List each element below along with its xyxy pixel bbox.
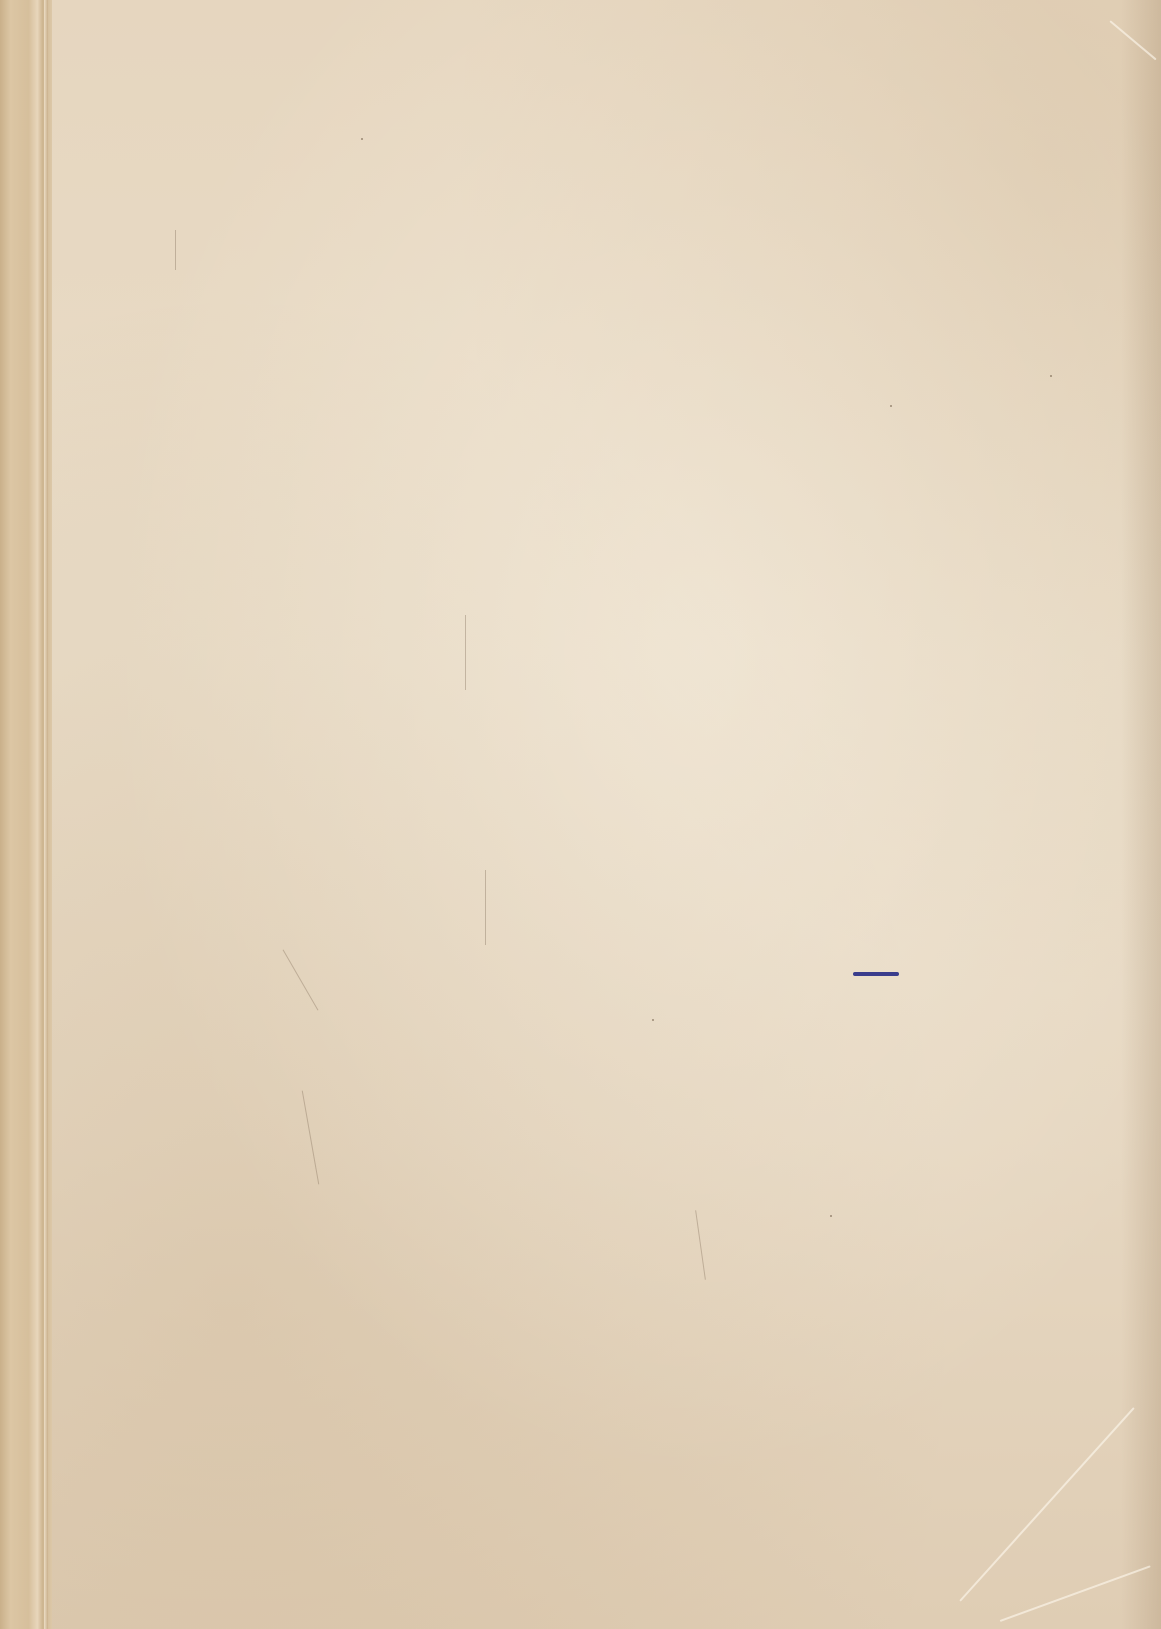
spine-fold-line	[44, 0, 48, 1629]
speck	[830, 1215, 832, 1217]
scratch-mark	[302, 1091, 319, 1185]
corner-crease	[959, 1407, 1134, 1602]
scratch-mark	[465, 615, 466, 690]
scratch-mark	[175, 230, 176, 270]
speck	[361, 138, 363, 140]
paper-cover	[0, 0, 1161, 1629]
scratch-mark	[283, 949, 319, 1010]
scratch-mark	[695, 1210, 706, 1279]
blue-pen-mark	[853, 972, 899, 976]
right-edge-shadow	[1121, 0, 1161, 1629]
scratch-mark	[485, 870, 486, 945]
speck	[890, 405, 892, 407]
speck	[1050, 375, 1052, 377]
speck	[652, 1019, 654, 1021]
